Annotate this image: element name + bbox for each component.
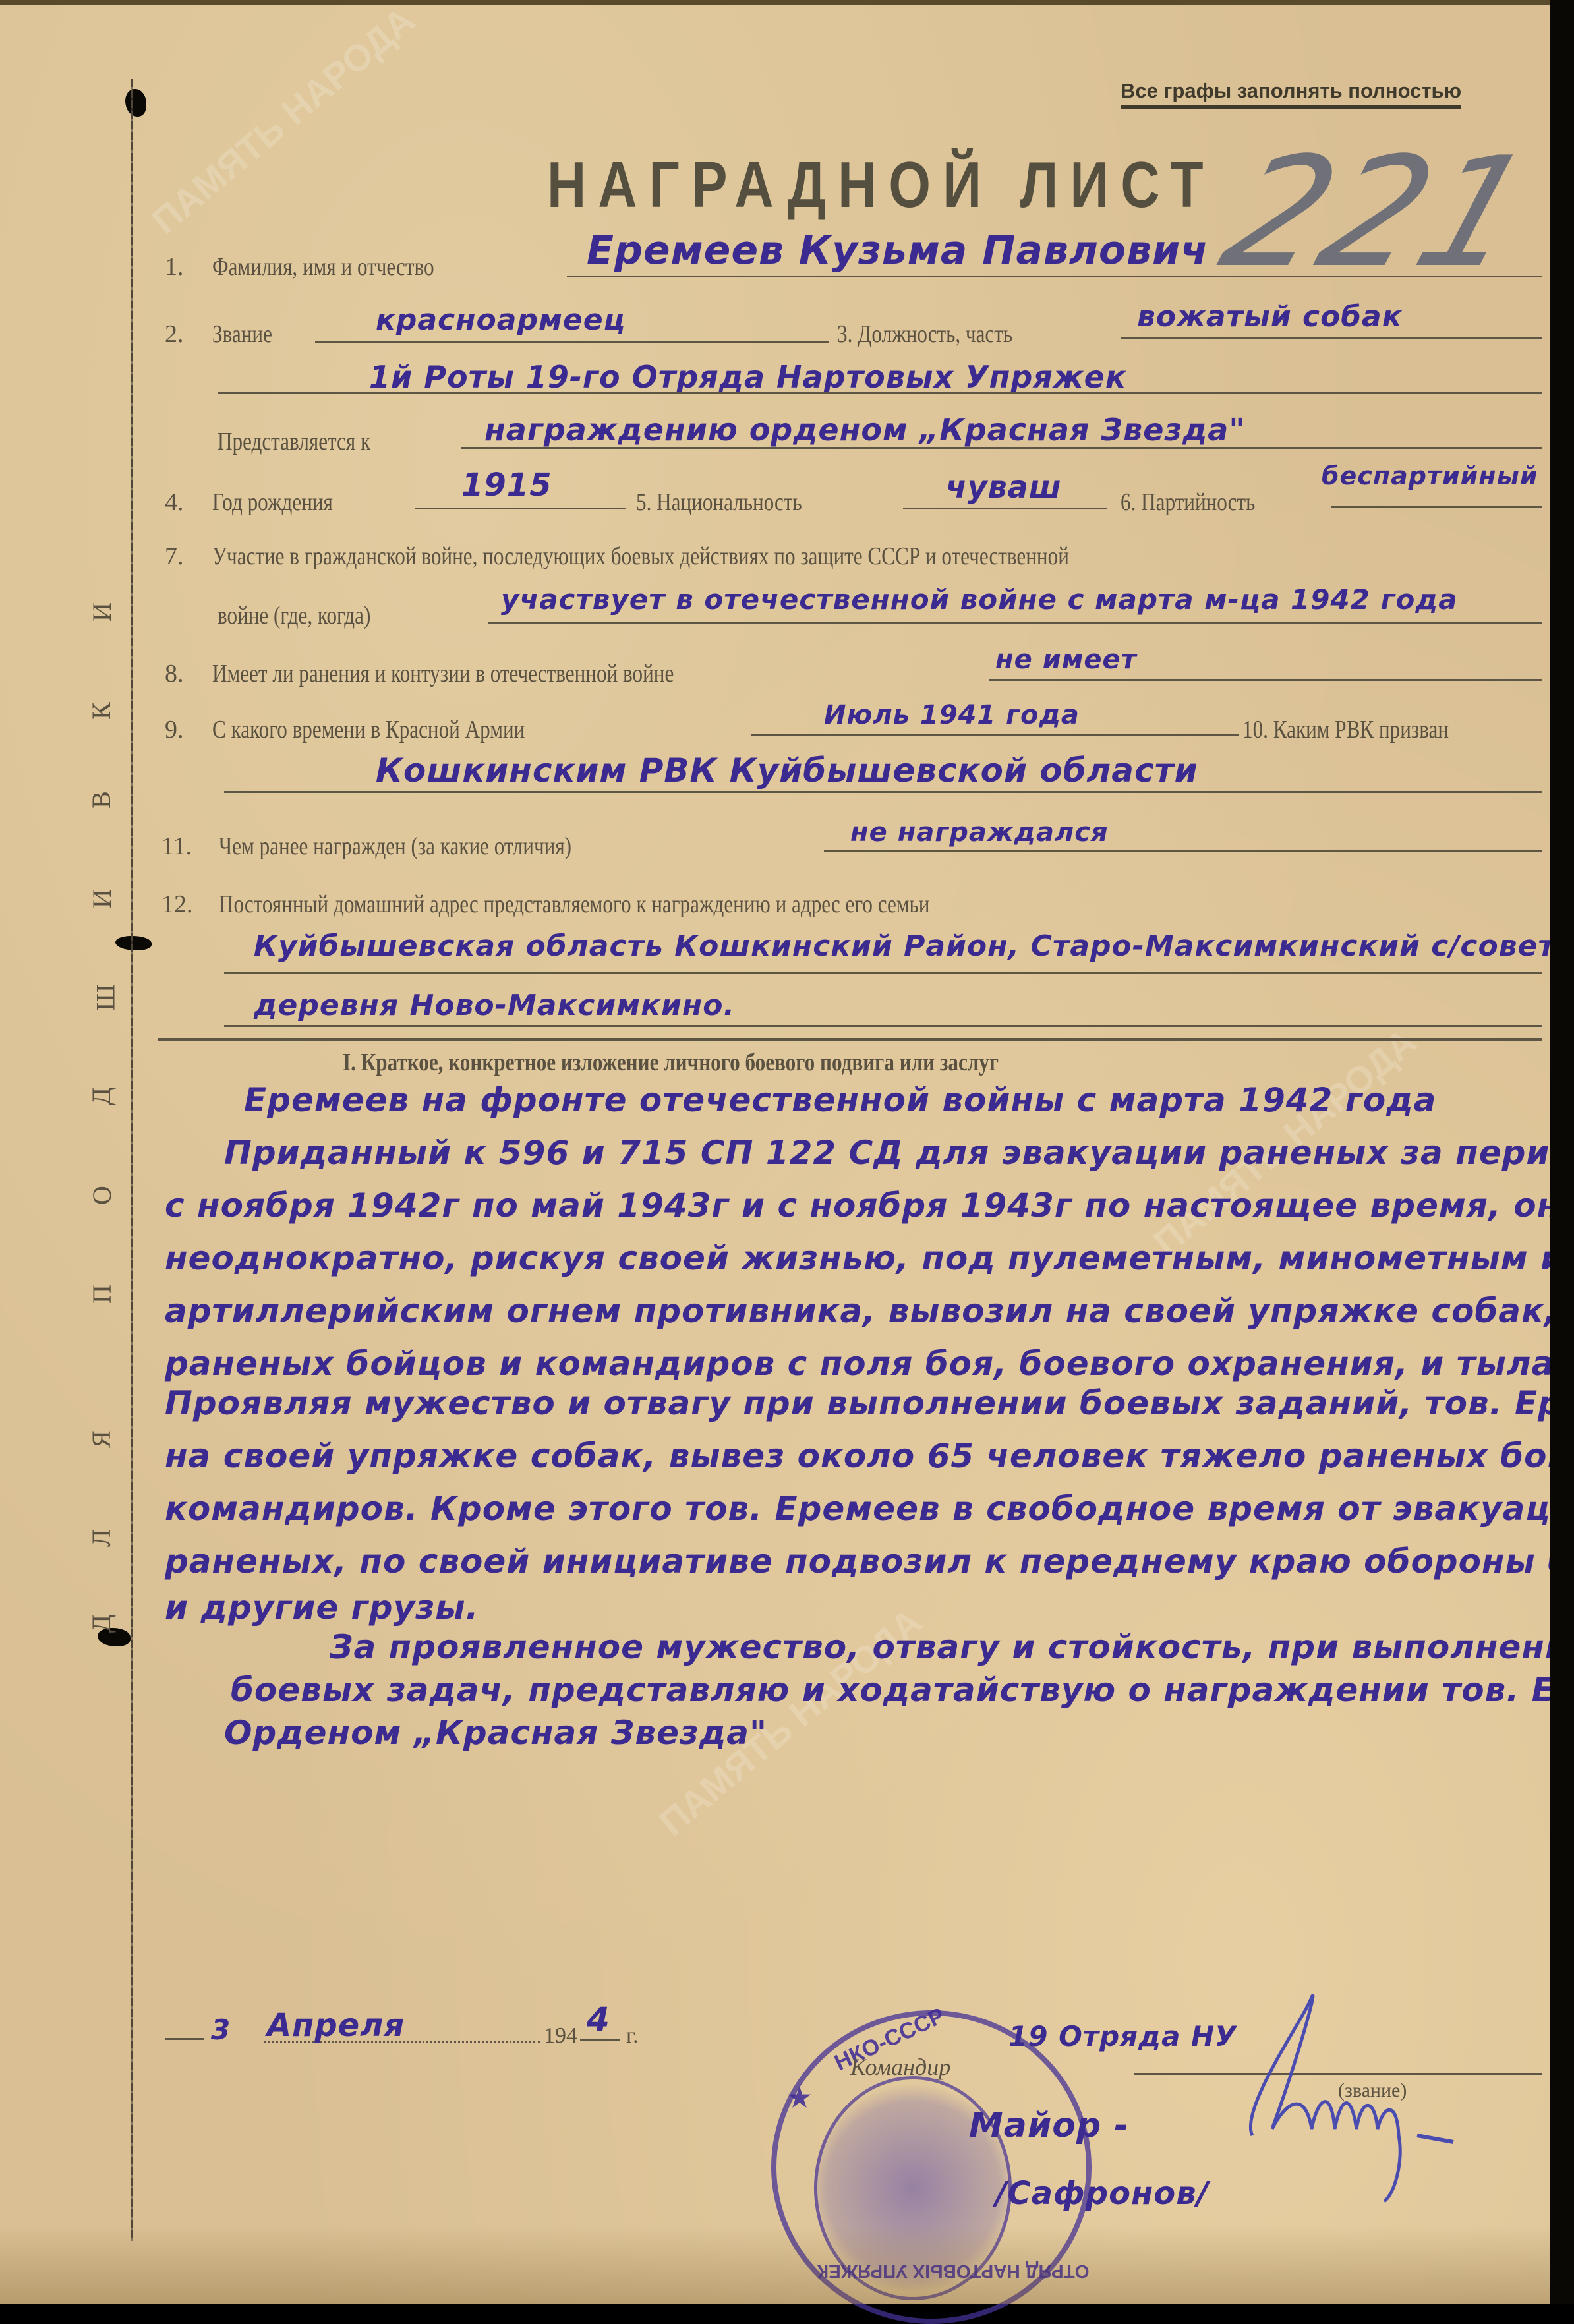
field-11-value: не награждался: [850, 817, 1109, 848]
punch-hole: [115, 936, 152, 950]
field-10-value: Кошкинским РВК Куйбышевской области: [376, 751, 1198, 790]
field-4-line: [415, 508, 626, 509]
signer-name: /Сафронов/: [995, 2175, 1209, 2212]
field-3-line-2: [218, 392, 1542, 394]
field-3-line: [1121, 337, 1542, 339]
field-1-label: Фамилия, имя и отчество: [212, 252, 434, 281]
field-2-label: Звание: [212, 320, 272, 349]
field-3-label: 3. Должность, часть: [837, 320, 1012, 349]
field-4-label: Год рождения: [212, 488, 333, 517]
date-day-line: [165, 2038, 204, 2040]
field-7-number: 7.: [165, 542, 184, 571]
narrative-line: командиров. Кроме этого тов. Еремеев в с…: [165, 1490, 1574, 1528]
document-title: НАГРАДНОЙ ЛИСТ: [547, 148, 1215, 223]
field-12-value-line-2: деревня Ново-Максимкино.: [254, 989, 735, 1022]
field-7-value: участвует в отечественной войне с марта …: [501, 583, 1458, 616]
field-7-line: [488, 622, 1542, 624]
bottom-edge-shade: [0, 2225, 1550, 2304]
field-2-line: [315, 341, 829, 343]
narrative-line: Проявляя мужество и отвагу при выполнени…: [165, 1384, 1574, 1422]
narrative-line: Еремеев на фронте отечественной войны с …: [244, 1081, 1436, 1119]
field-9-number: 9.: [165, 715, 184, 744]
date-month: Апреля: [267, 2007, 405, 2044]
field-2-value: красноармеец: [376, 303, 626, 337]
punch-hole: [125, 89, 146, 117]
narrative-line: неоднократно, рискуя своей жизнью, под п…: [165, 1239, 1564, 1277]
field-9-label: С какого времени в Красной Армии: [212, 715, 525, 744]
narrative-line: Приданный к 596 и 715 СП 122 СД для эвак…: [224, 1134, 1574, 1172]
award-sheet: ПАМЯТЬ НАРОДА ПАМЯТЬ НАРОДА ПАМЯТЬ НАРОД…: [0, 0, 1550, 2304]
field-3-value: вожатый собак: [1137, 300, 1403, 334]
field-9-value: Июль 1941 года: [824, 700, 1080, 730]
represented-for-label: Представляется к: [218, 427, 370, 456]
field-2-number: 2.: [165, 320, 184, 349]
signer-rank: Майор -: [969, 2106, 1129, 2145]
narrative-line: на своей упряжке собак, вывез около 65 ч…: [165, 1437, 1574, 1475]
narrative-line: артиллерийским огнем противника, вывозил…: [165, 1292, 1574, 1330]
field-6-line: [1331, 506, 1542, 508]
field-11-number: 11.: [161, 832, 192, 861]
field-8-line: [989, 679, 1542, 681]
field-9-line: [751, 734, 1239, 736]
field-7-label: Участие в гражданской войне, последующих…: [212, 542, 1069, 571]
date-year-line: [580, 2039, 620, 2041]
field-12-label: Постоянный домашний адрес представляемог…: [219, 890, 929, 919]
field-12-line-1: [224, 972, 1542, 974]
field-8-value: не имеет: [995, 645, 1137, 675]
field-12-line-2: [224, 1025, 1542, 1027]
represented-for-value: награждению орденом „Красная Звезда": [484, 412, 1245, 448]
field-7-label-continued: войне (где, когда): [218, 601, 370, 630]
top-edge: [0, 0, 1550, 5]
scan-border: [1550, 0, 1574, 2304]
field-10-label: 10. Каким РВК призван: [1242, 715, 1449, 744]
field-4-number: 4.: [165, 488, 184, 517]
field-12-value-line-1: Куйбышевская область Кошкинский Район, С…: [254, 929, 1556, 963]
narrative-line: раненых, по своей инициативе подвозил к …: [165, 1542, 1574, 1581]
date-g: г.: [626, 2023, 639, 2048]
date-year-suffix: 4: [587, 2000, 610, 2039]
field-4-value: 1915: [461, 467, 552, 504]
narrative-line: Орденом „Красная Звезда": [224, 1714, 767, 1752]
field-1-number: 1.: [165, 252, 184, 281]
commander-label: Командир: [850, 2053, 950, 2081]
stamp-star-icon: ★: [788, 2083, 811, 2113]
section-heading: I. Краткое, конкретное изложение личного…: [343, 1048, 999, 1077]
field-5-label: 5. Национальность: [636, 488, 802, 517]
date-day: 3: [211, 2014, 231, 2046]
field-8-label: Имеет ли ранения и контузии в отечествен…: [212, 659, 674, 688]
narrative-line: раненых бойцов и командиров с поля боя, …: [165, 1345, 1574, 1383]
field-6-label: 6. Партийность: [1121, 488, 1255, 517]
date-year-prefix: 194: [544, 2023, 577, 2048]
narrative-line: и другие грузы.: [165, 1588, 479, 1627]
field-6-value: беспартийный: [1322, 461, 1538, 490]
narrative-line: боевых задач, представляю и ходатайствую…: [231, 1671, 1574, 1709]
archive-number: 221: [1204, 125, 1551, 301]
commander-unit: 19 Отряда НУ: [1008, 2020, 1237, 2052]
narrative-line: с ноября 1942г по май 1943г и с ноября 1…: [165, 1186, 1560, 1225]
signature-icon: [1226, 1977, 1463, 2208]
section-divider: [158, 1038, 1542, 1041]
field-11-label: Чем ранее награжден (за какие отличия): [219, 832, 571, 861]
field-12-number: 12.: [161, 890, 193, 919]
field-3-value-continued: 1й Роты 19-го Отряда Нартовых Упряжек: [369, 359, 1126, 395]
field-10-line: [224, 791, 1542, 793]
watermark: ПАМЯТЬ НАРОДА: [143, 0, 422, 243]
field-1-line: [567, 276, 1542, 277]
field-8-number: 8.: [165, 659, 184, 688]
field-11-line: [824, 850, 1542, 852]
field-5-line: [903, 508, 1107, 509]
field-5-value: чуваш: [946, 469, 1062, 505]
field-1-value: Еремеев Кузьма Павлович: [587, 227, 1208, 274]
narrative-line: За проявленное мужество, отвагу и стойко…: [330, 1628, 1574, 1666]
fill-all-fields-note: Все графы заполнять полностью: [1121, 79, 1461, 109]
binding-margin-line: [131, 79, 133, 2241]
